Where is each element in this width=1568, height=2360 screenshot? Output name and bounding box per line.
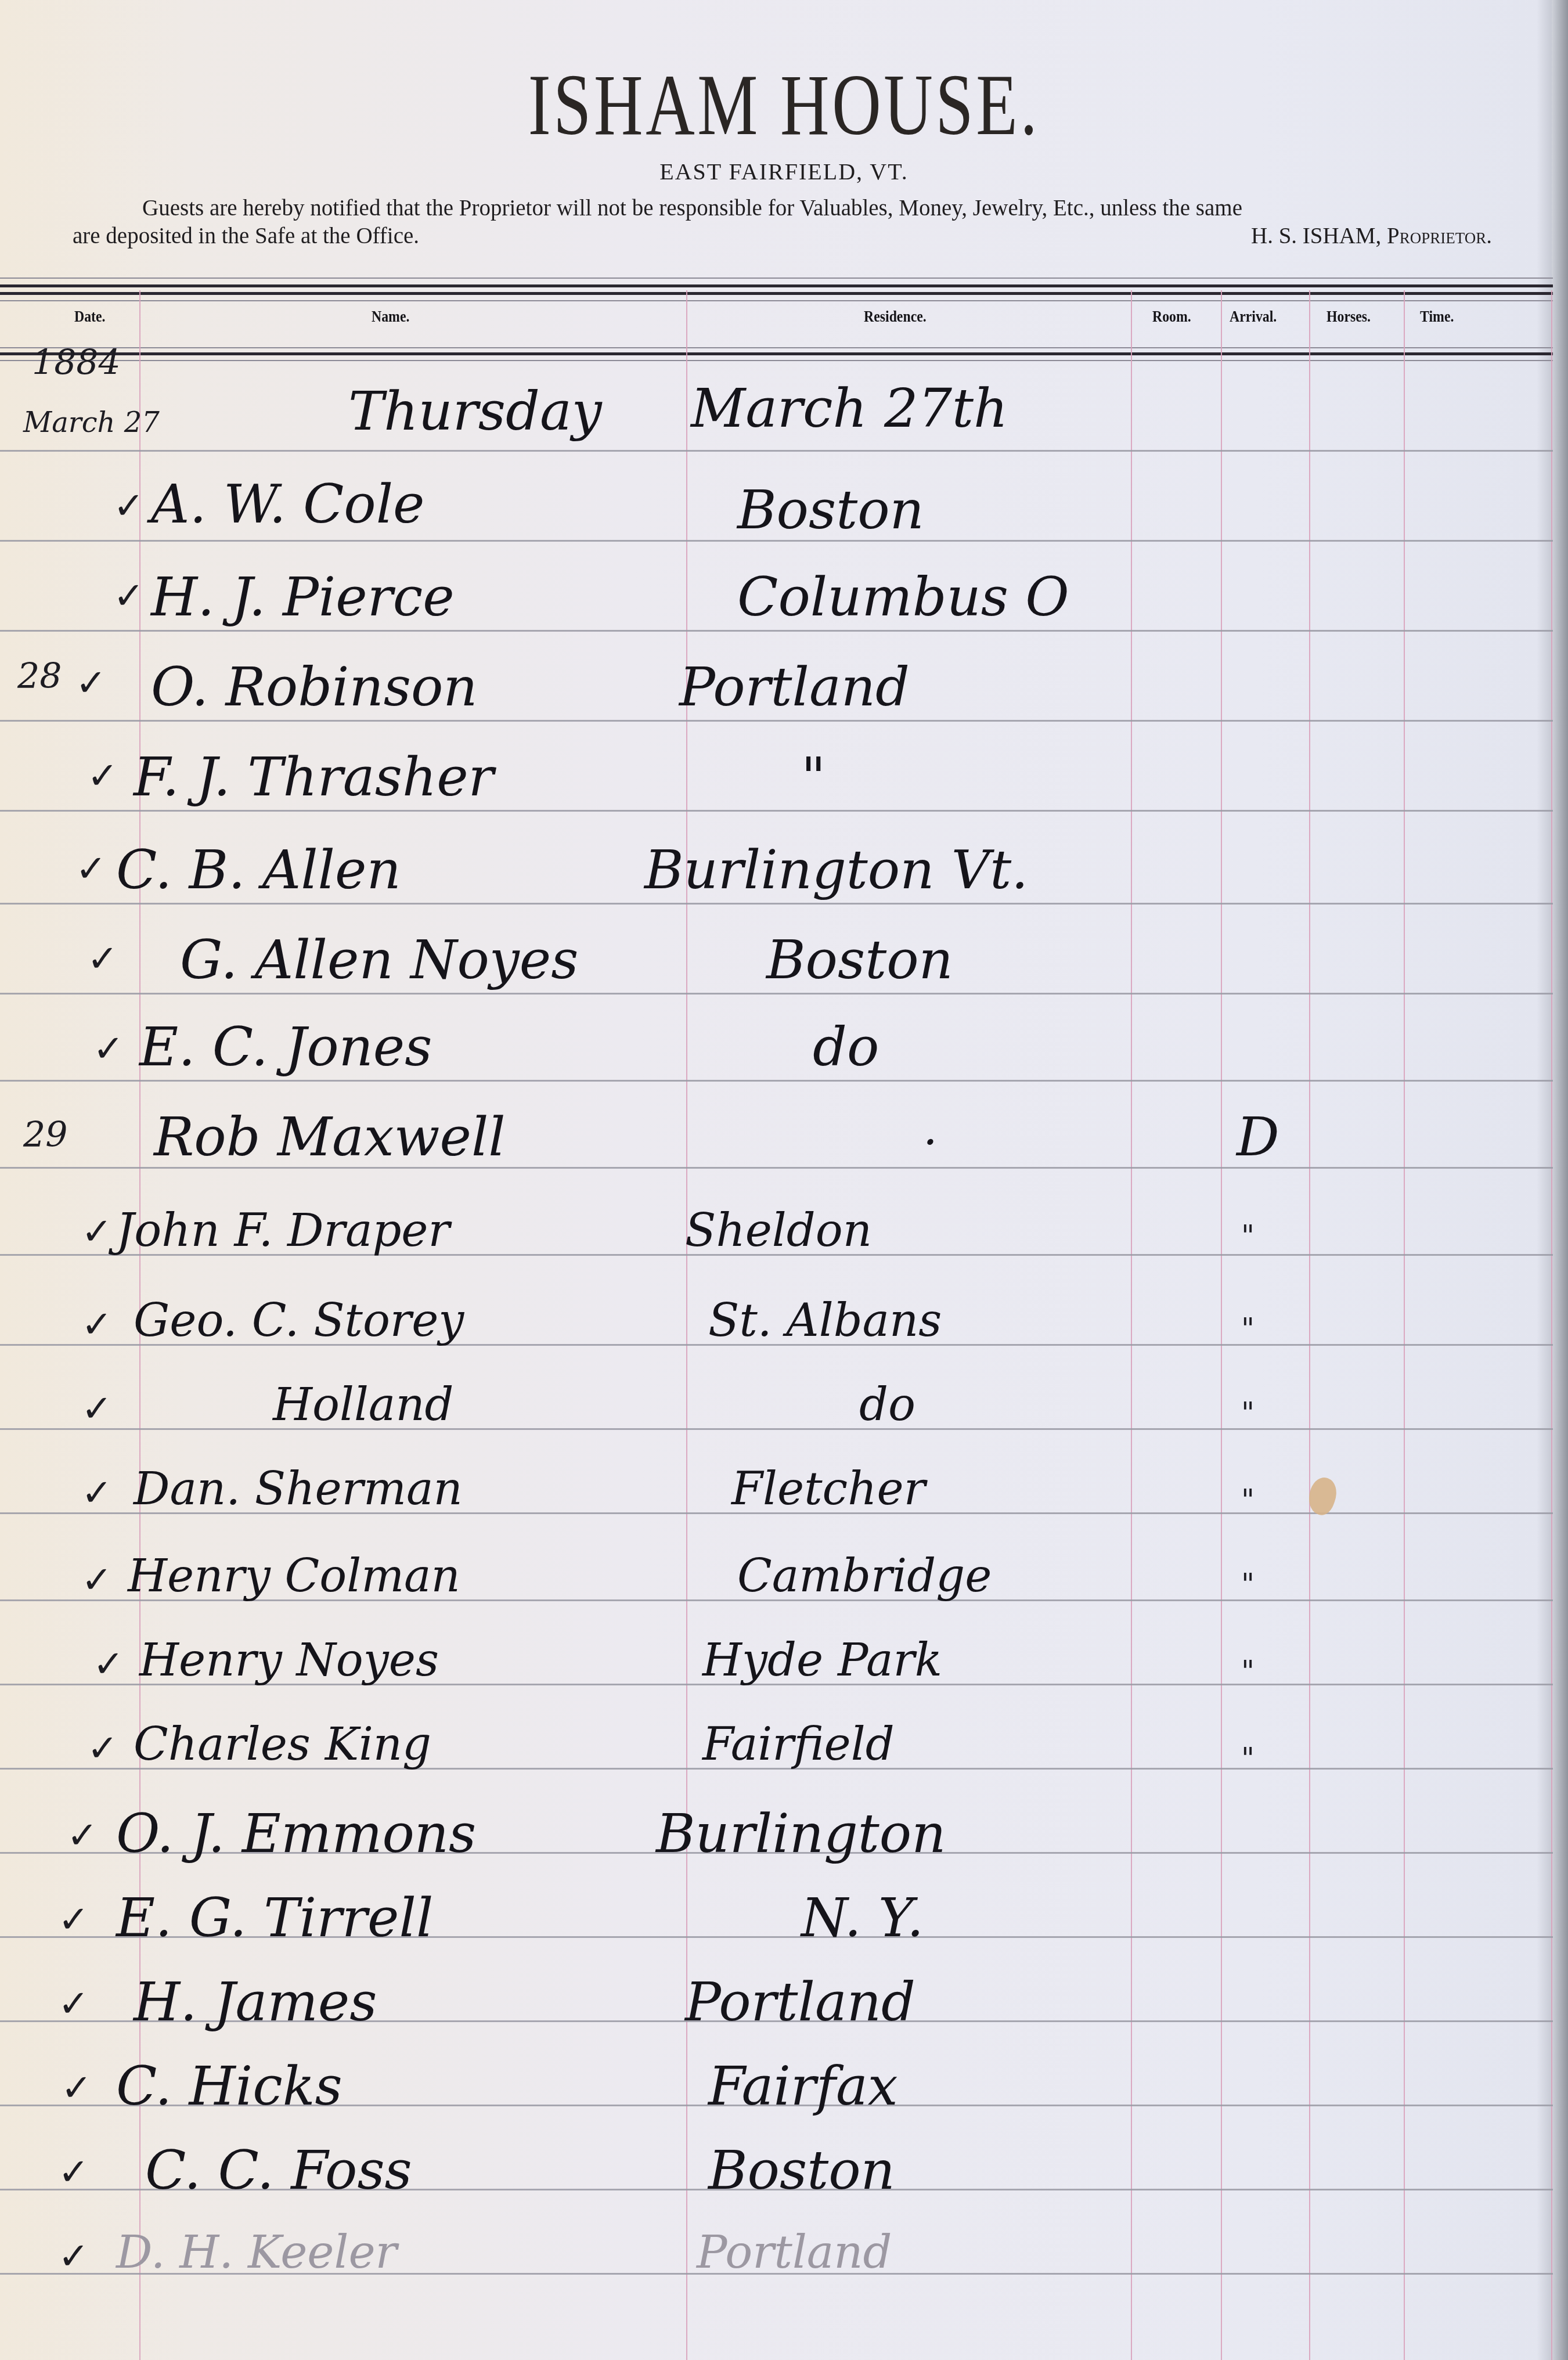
entry-arrival-ditto: " <box>1241 1742 1255 1775</box>
entry-name: H. James <box>134 1971 377 2033</box>
checkmark-icon: ✓ <box>87 755 118 798</box>
entry-name: C. C. Foss <box>145 2139 412 2202</box>
rule <box>0 300 1553 301</box>
entry-date: March 27 <box>23 406 160 439</box>
hotel-location: EAST FAIRFIELD, VT. <box>0 158 1568 185</box>
column-divider <box>1309 290 1310 2360</box>
checkmark-icon: ✓ <box>87 1727 118 1770</box>
notice-line-1: Guests are hereby notified that the Prop… <box>75 194 1515 222</box>
column-divider <box>1551 290 1552 2360</box>
row-rule <box>0 810 1553 812</box>
entry-arrival-ditto: " <box>1241 1396 1255 1430</box>
entry-arrival: D <box>1237 1106 1279 1168</box>
checkmark-icon: ✓ <box>87 938 118 981</box>
rule <box>0 278 1553 279</box>
entry-name: Henry Noyes <box>139 1634 439 1687</box>
row-rule <box>0 1428 1553 1430</box>
entry-residence: . <box>923 1103 938 1155</box>
checkmark-icon: ✓ <box>81 1303 113 1346</box>
column-header-name: Name. <box>372 308 409 326</box>
checkmark-icon: ✓ <box>58 2151 89 2194</box>
entry-name: Thursday <box>348 380 602 442</box>
entry-name: C. B. Allen <box>116 839 401 901</box>
entry-date: 28 <box>17 656 62 697</box>
checkmark-icon: ✓ <box>93 1643 124 1686</box>
checkmark-icon: ✓ <box>75 848 107 891</box>
entry-arrival-ditto: " <box>1241 1568 1255 1601</box>
checkmark-icon: ✓ <box>61 2067 92 2110</box>
row-rule <box>0 720 1553 722</box>
entry-name: O. J. Emmons <box>116 1803 476 1865</box>
notice-line-2: are deposited in the Safe at the Office. <box>73 222 419 250</box>
page-edge <box>1552 0 1568 2360</box>
entry-name: Holland <box>273 1379 454 1431</box>
checkmark-icon: ✓ <box>58 1983 89 2026</box>
entry-residence: do <box>859 1379 915 1431</box>
entry-name: E. G. Tirrell <box>116 1887 433 1949</box>
register-page: ISHAM HOUSE. EAST FAIRFIELD, VT. Guests … <box>0 0 1568 2360</box>
rule <box>0 352 1553 355</box>
column-header-time: Time. <box>1420 308 1454 326</box>
entry-arrival-ditto: " <box>1241 1483 1255 1517</box>
entry-name: Dan. Sherman <box>134 1463 463 1515</box>
checkmark-icon: ✓ <box>93 1028 124 1071</box>
entry-residence: Columbus O <box>737 566 1069 628</box>
checkmark-icon: ✓ <box>81 1559 113 1602</box>
entry-name: Charles King <box>134 1718 431 1771</box>
column-header-arrival: Arrival. <box>1230 308 1277 326</box>
row-rule <box>0 1080 1553 1082</box>
column-header-room: Room. <box>1152 308 1191 326</box>
entry-name: A. W. Cole <box>151 473 425 535</box>
entry-name: John F. Draper <box>116 1205 450 1257</box>
entry-residence: Burlington <box>656 1803 946 1865</box>
row-rule <box>0 903 1553 905</box>
notice-line-2-row: are deposited in the Safe at the Office.… <box>73 222 1515 250</box>
entry-date: 29 <box>23 1115 67 1155</box>
column-divider <box>1131 290 1132 2360</box>
column-divider <box>1404 290 1405 2360</box>
entry-residence: Boston <box>766 929 953 991</box>
column-divider <box>686 290 687 2360</box>
entry-residence: St. Albans <box>708 1295 942 1347</box>
checkmark-icon: ✓ <box>113 575 145 618</box>
entry-name: H. J. Pierce <box>151 566 455 628</box>
row-rule <box>0 630 1553 632</box>
entry-residence: Fletcher <box>731 1463 925 1515</box>
entry-residence: Fairfield <box>702 1718 895 1771</box>
checkmark-icon: ✓ <box>81 1472 113 1515</box>
entry-arrival-ditto: " <box>1241 1312 1255 1346</box>
entry-arrival-ditto: " <box>1241 1219 1255 1253</box>
entry-residence: do <box>813 1016 879 1078</box>
checkmark-icon: ✓ <box>67 1814 98 1857</box>
rule <box>0 360 1553 361</box>
entry-residence: Boston <box>708 2139 895 2202</box>
year-entry: 1884 <box>32 343 121 383</box>
column-header-date: Date. <box>74 308 106 326</box>
entry-residence: Sheldon <box>685 1205 872 1257</box>
entry-residence: Portland <box>685 1971 915 2033</box>
column-divider <box>1221 290 1222 2360</box>
entry-name: Geo. C. Storey <box>134 1295 464 1347</box>
proprietor-signature: H. S. ISHAM, Proprietor. <box>1251 222 1515 250</box>
entry-residence: Hyde Park <box>702 1634 942 1687</box>
row-rule <box>0 993 1553 995</box>
entry-residence: N. Y. <box>801 1887 924 1949</box>
column-header-horses: Horses. <box>1327 308 1371 326</box>
entry-name: O. Robinson <box>151 656 478 718</box>
checkmark-icon: ✓ <box>81 1388 113 1431</box>
hotel-title: ISHAM HOUSE. <box>172 55 1396 155</box>
entry-residence: Burlington Vt. <box>644 839 1028 901</box>
checkmark-icon: ✓ <box>75 662 107 705</box>
entry-name: G. Allen Noyes <box>180 929 578 991</box>
liability-notice: Guests are hereby notified that the Prop… <box>75 194 1515 250</box>
entry-name: C. Hicks <box>116 2055 343 2117</box>
entry-arrival-ditto: " <box>1241 1655 1255 1688</box>
rule <box>0 347 1553 348</box>
checkmark-icon: ✓ <box>113 485 145 528</box>
column-header-residence: Residence. <box>864 308 927 326</box>
entry-name: D. H. Keeler <box>116 2226 397 2279</box>
entry-residence: " <box>801 746 826 808</box>
entry-residence: Fairfax <box>708 2055 898 2117</box>
entry-name: Henry Colman <box>128 1550 460 1602</box>
entry-name: F. J. Thrasher <box>134 746 494 808</box>
rule <box>0 284 1553 287</box>
checkmark-icon: ✓ <box>81 1210 113 1253</box>
entry-name: E. C. Jones <box>139 1016 432 1078</box>
checkmark-icon: ✓ <box>58 2235 89 2278</box>
entry-residence: Portland <box>697 2226 892 2279</box>
entry-residence: Cambridge <box>737 1550 992 1602</box>
checkmark-icon: ✓ <box>58 1898 89 1941</box>
row-rule <box>0 450 1553 452</box>
entry-name: Rob Maxwell <box>154 1106 506 1168</box>
rule <box>0 292 1553 295</box>
entry-residence: Portland <box>679 656 910 718</box>
entry-residence: Boston <box>737 479 924 541</box>
entry-residence: March 27th <box>691 377 1008 439</box>
